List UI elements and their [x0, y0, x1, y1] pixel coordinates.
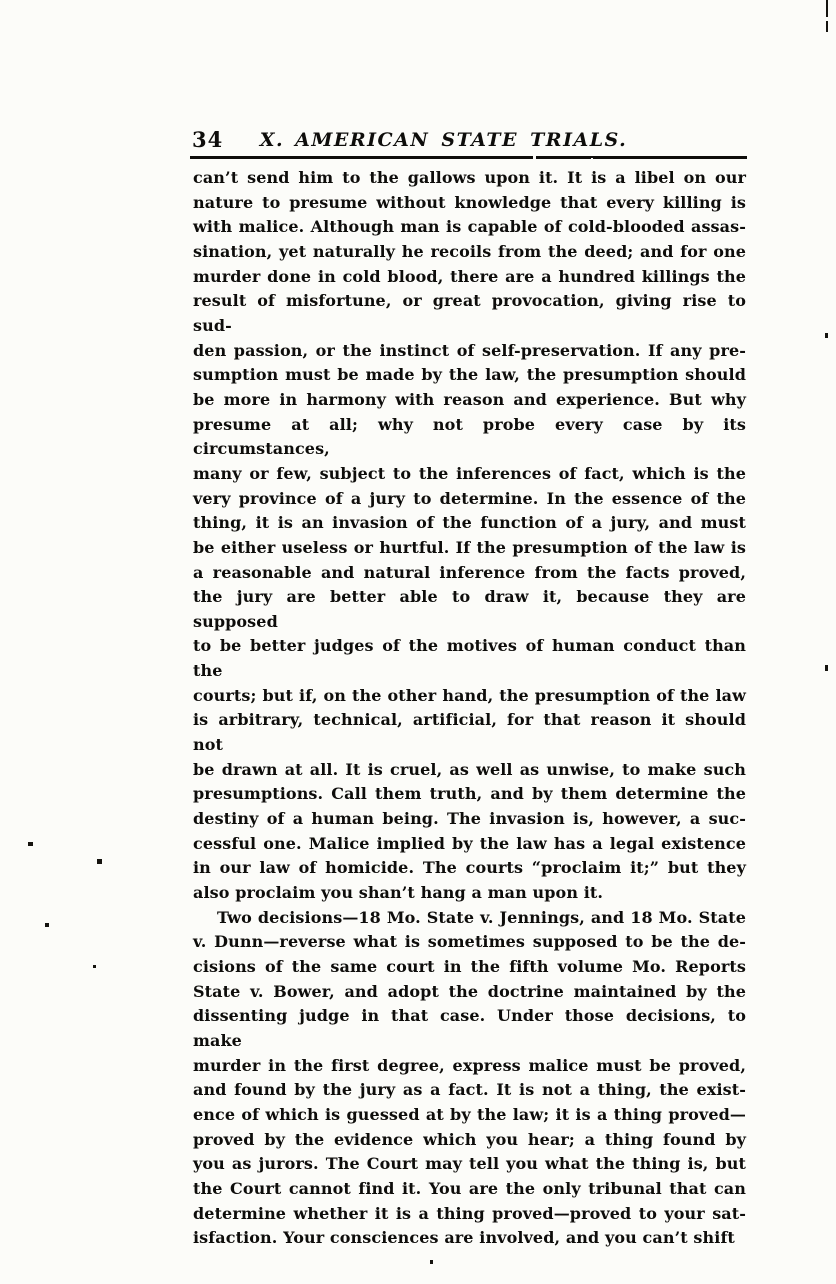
rule-gap — [533, 156, 536, 159]
text-line: dissenting judge in that case. Under tho… — [193, 1004, 746, 1053]
rule-gap — [591, 158, 593, 159]
text-line: you as jurors. The Court may tell you wh… — [193, 1152, 746, 1177]
text-line: proved by the evidence which you hear; a… — [193, 1128, 746, 1153]
scan-speck — [826, 21, 828, 32]
text-line: presume at all; why not probe every case… — [193, 413, 746, 462]
text-line: cessful one. Malice implied by the law h… — [193, 832, 746, 857]
text-line: the Court cannot find it. You are the on… — [193, 1177, 746, 1202]
text-line: sumption must be made by the law, the pr… — [193, 363, 746, 388]
scanned-book-page: 34 X. AMERICAN STATE TRIALS. can’t send … — [0, 0, 836, 1284]
text-line: isfaction. Your consciences are involved… — [193, 1226, 746, 1251]
scan-speck — [28, 842, 33, 846]
paragraph: can’t send him to the gallows upon it. I… — [193, 166, 746, 906]
body-text: can’t send him to the gallows upon it. I… — [193, 166, 746, 1251]
text-line: Two decisions—18 Mo. State v. Jennings, … — [193, 906, 746, 931]
scan-speck — [45, 923, 49, 927]
text-line: cisions of the same court in the fifth v… — [193, 955, 746, 980]
text-line: to be better judges of the motives of hu… — [193, 634, 746, 683]
text-line: State v. Bower, and adopt the doctrine m… — [193, 980, 746, 1005]
text-line: determine whether it is a thing proved—p… — [193, 1202, 746, 1227]
text-line: be drawn at all. It is cruel, as well as… — [193, 758, 746, 783]
running-header-title: X. AMERICAN STATE TRIALS. — [167, 129, 720, 151]
text-line: den passion, or the instinct of self-pre… — [193, 339, 746, 364]
paragraph: Two decisions—18 Mo. State v. Jennings, … — [193, 906, 746, 1251]
text-line: is arbitrary, technical, artificial, for… — [193, 708, 746, 757]
text-line: v. Dunn—reverse what is sometimes suppos… — [193, 930, 746, 955]
text-line: very province of a jury to determine. In… — [193, 487, 746, 512]
text-line: with malice. Although man is capable of … — [193, 215, 746, 240]
text-line: can’t send him to the gallows upon it. I… — [193, 166, 746, 191]
text-line: and found by the jury as a fact. It is n… — [193, 1078, 746, 1103]
text-line: destiny of a human being. The invasion i… — [193, 807, 746, 832]
scan-speck — [826, 0, 828, 17]
text-line: a reasonable and natural inference from … — [193, 561, 746, 586]
scan-speck — [93, 965, 96, 968]
text-line: murder in the first degree, express mali… — [193, 1054, 746, 1079]
scan-speck — [97, 859, 102, 864]
text-line: in our law of homicide. The courts “proc… — [193, 856, 746, 881]
text-line: thing, it is an invasion of the function… — [193, 511, 746, 536]
header-rule — [190, 156, 747, 159]
scan-speck — [430, 1260, 433, 1264]
text-line: murder done in cold blood, there are a h… — [193, 265, 746, 290]
text-line: also proclaim you shan’t hang a man upon… — [193, 881, 746, 906]
text-line: nature to presume without knowledge that… — [193, 191, 746, 216]
text-line: presumptions. Call them truth, and by th… — [193, 782, 746, 807]
text-line: the jury are better able to draw it, bec… — [193, 585, 746, 634]
scan-speck — [825, 665, 828, 671]
text-line: result of misfortune, or great provocati… — [193, 289, 746, 338]
text-line: many or few, subject to the inferences o… — [193, 462, 746, 487]
text-line: be either useless or hurtful. If the pre… — [193, 536, 746, 561]
text-line: sination, yet naturally he recoils from … — [193, 240, 746, 265]
scan-speck — [825, 333, 828, 338]
text-line: courts; but if, on the other hand, the p… — [193, 684, 746, 709]
text-line: ence of which is guessed at by the law; … — [193, 1103, 746, 1128]
text-line: be more in harmony with reason and exper… — [193, 388, 746, 413]
